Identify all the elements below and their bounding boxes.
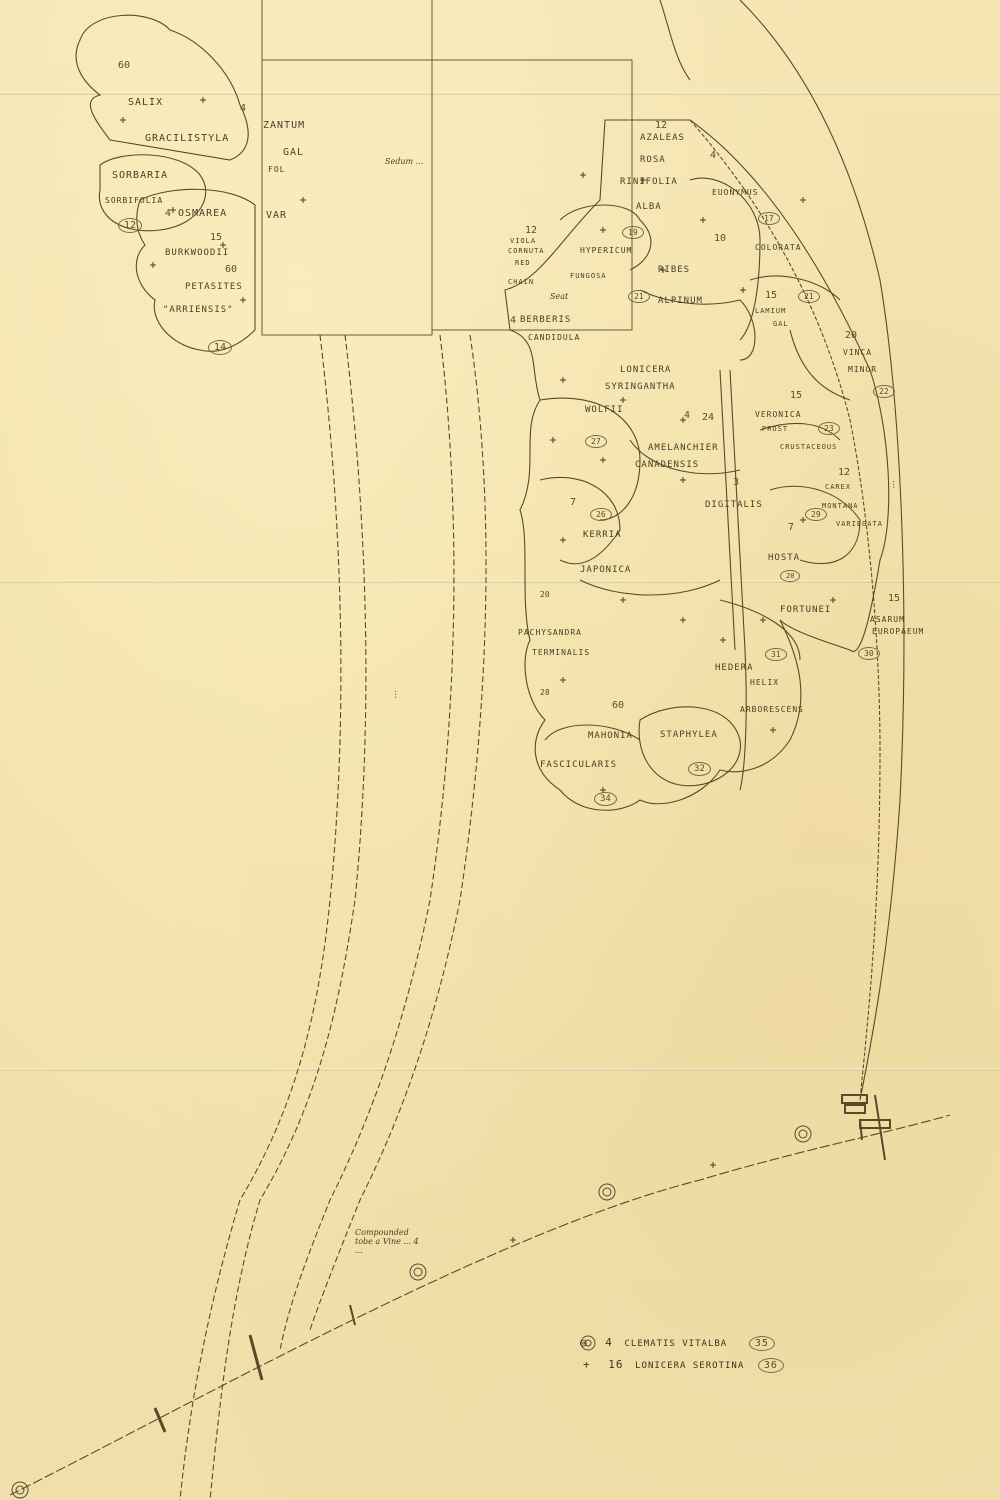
bed-label-sorbifolia: Sorbifolia — [105, 196, 163, 205]
qty: 10 — [714, 233, 726, 244]
qty-circled: 17 — [758, 212, 780, 225]
qty: 3 — [733, 477, 739, 488]
bed-label-hypericum: Hypericum — [580, 246, 632, 255]
bed-label-euonymus: Euonymus — [712, 188, 759, 197]
qty: 24 — [702, 412, 714, 423]
qty-circled: 14 — [208, 340, 232, 355]
qty: 4 — [240, 103, 246, 114]
bed-label-candidula: Candidula — [528, 333, 580, 342]
qty: 15 — [210, 232, 222, 243]
qty: 60 — [225, 264, 237, 275]
bed-label-fortunei: Fortunei — [780, 605, 831, 615]
qty-circled: 12 — [118, 218, 142, 233]
bed-label-veronica: Veronica — [755, 410, 802, 419]
qty: 4 — [684, 410, 690, 421]
qty-circled: 21 — [798, 290, 820, 303]
bed-label-alpinum: Alpinum — [658, 296, 703, 306]
qty: 7 — [570, 497, 576, 508]
bed-label-viola: Viola — [510, 237, 536, 245]
qty-circled: 30 — [858, 647, 880, 660]
bed-label-digitalis: Digitalis — [705, 500, 763, 510]
bed-label-amelanchier: Amelanchier — [648, 443, 719, 453]
boundary-line — [740, 0, 904, 1100]
bed-label-cornuta: Cornuta — [508, 247, 545, 255]
bed-label-alba: Alba — [636, 202, 662, 212]
bed-label-fungosa: Fungosa — [570, 272, 607, 280]
bed-label-fascicularis: Fascicularis — [540, 760, 617, 770]
qty: 28 — [540, 688, 550, 697]
paving-script-note: Sedum ... — [385, 157, 423, 166]
qty-circled: 26 — [590, 508, 612, 521]
qty: 60 — [612, 700, 624, 711]
qty-circled: 19 — [622, 226, 644, 239]
legend-plant-name: Lonicera Serotina — [635, 1361, 744, 1371]
bed-label-osmarea: Osmarea — [178, 208, 227, 219]
bed-label-hedera: Hedera — [715, 663, 754, 673]
bed-label-salix: Salix — [128, 97, 163, 108]
gate — [842, 1095, 890, 1160]
path-note: ... — [392, 690, 402, 699]
qty: 20 — [845, 330, 857, 341]
bed-label-prost: Prost — [762, 425, 788, 433]
bed-label-rinifolia: Rinifolia — [620, 177, 678, 187]
paving-label: Zantum — [263, 120, 305, 131]
qty: 15 — [790, 390, 802, 401]
bed-label-canadensis: Canadensis — [635, 460, 699, 470]
bed-label-hosta: Hosta — [768, 553, 800, 563]
qty: 12 — [655, 120, 667, 131]
bed-label-wolfii: Wolfii — [585, 405, 624, 415]
qty: 20 — [540, 590, 550, 599]
bed-label-vinca: Vinca — [843, 348, 872, 357]
bed-label-gracilistyla: Gracilistyla — [145, 133, 229, 144]
planting-plan-sheet: Zantum Gal Fol Var Sedum ... 60 Salix 4 … — [0, 0, 1000, 1500]
bed-label-red: Red — [515, 259, 531, 267]
walkway — [180, 335, 486, 1500]
bed-label-gal: Gal — [773, 320, 789, 328]
qty: 15 — [888, 593, 900, 604]
bed-label-asarum: Asarum — [870, 615, 905, 624]
lower-note: Compounded tobe a Vine ... 4 ... — [355, 1228, 425, 1255]
bed-label-minor: Minor — [848, 365, 877, 374]
paving-label: Fol — [268, 165, 285, 174]
paving-label: Gal — [283, 147, 304, 158]
paving-grid — [262, 0, 632, 335]
plan-drawing — [0, 0, 1000, 1500]
legend-plant-name: Clematis Vitalba — [625, 1339, 728, 1349]
bed-label-petasites: Petasites — [185, 282, 243, 292]
bed-label-europaeum: Europaeum — [872, 627, 924, 636]
bed-label-lonicera: Lonicera — [620, 365, 671, 375]
boundary-line — [660, 0, 690, 80]
bed-label-arriensis: "Arriensis" — [163, 305, 234, 315]
bed-label-staphylea: Staphylea — [660, 730, 718, 740]
qty-circled: 21 — [628, 290, 650, 303]
legend-row-clematis: ◎ 4 Clematis Vitalba 35 — [580, 1336, 775, 1349]
bed-label-montana: Montana — [822, 502, 859, 510]
paving-label: Var — [266, 210, 287, 221]
qty: 12 — [838, 467, 850, 478]
bed-label-terminalis: Terminalis — [532, 648, 590, 657]
bed-label-ribes: Ribes — [658, 265, 690, 275]
bed-label-carex: Carex — [825, 483, 851, 491]
qty-circled: 29 — [805, 508, 827, 521]
qty: 4 — [710, 150, 716, 161]
bed-label-mahonia: Mahonia — [588, 731, 633, 741]
qty: 60 — [118, 60, 130, 71]
bed-label-helix: Helix — [750, 678, 779, 687]
bed-label-colorata: Colorata — [755, 243, 802, 252]
qty-circled: 23 — [818, 422, 840, 435]
edge-note: ... — [890, 480, 900, 489]
bed-label-arborescens: Arborescens — [740, 705, 804, 714]
bed-label-chain: Chain — [508, 278, 534, 286]
qty: 15 — [765, 290, 777, 301]
bed-label-crustaceous: Crustaceous — [780, 443, 837, 451]
qty: 12 — [525, 225, 537, 236]
legend-symbol-circle: ◎ — [580, 1336, 588, 1349]
bed-label-kerria: Kerria — [583, 530, 622, 540]
bed-label-sorbaria: Sorbaria — [112, 170, 168, 181]
qty-circled: 27 — [585, 435, 607, 448]
bed-label-lamium: Lamium — [755, 307, 786, 315]
bed-label-pachysandra: Pachysandra — [518, 628, 582, 637]
legend-symbol-cross: + — [583, 1358, 591, 1371]
bed-label-rosa: Rosa — [640, 155, 666, 165]
bed-label-japonica: Japonica — [580, 565, 631, 575]
qty: 4 — [510, 315, 516, 326]
qty: 4 — [165, 208, 171, 219]
seat-label: Seat — [550, 292, 568, 301]
qty-circled: 32 — [688, 762, 711, 776]
qty-circled: 34 — [594, 792, 617, 806]
qty-circled: 22 — [873, 385, 895, 398]
bed-sorbaria — [99, 155, 205, 231]
bed-label-berberis: Berberis — [520, 315, 571, 325]
qty: 7 — [788, 522, 794, 533]
qty-circled: 31 — [765, 648, 787, 661]
bed-label-azaleas: Azaleas — [640, 133, 685, 143]
bed-label-syringantha: Syringantha — [605, 382, 676, 392]
bed-label-variegata: Variegata — [836, 520, 883, 528]
bed-label-burkwoodii: Burkwoodii — [165, 248, 229, 258]
fence-line — [10, 1115, 950, 1495]
legend-row-lonicera: + 16 Lonicera Serotina 36 — [583, 1358, 784, 1371]
